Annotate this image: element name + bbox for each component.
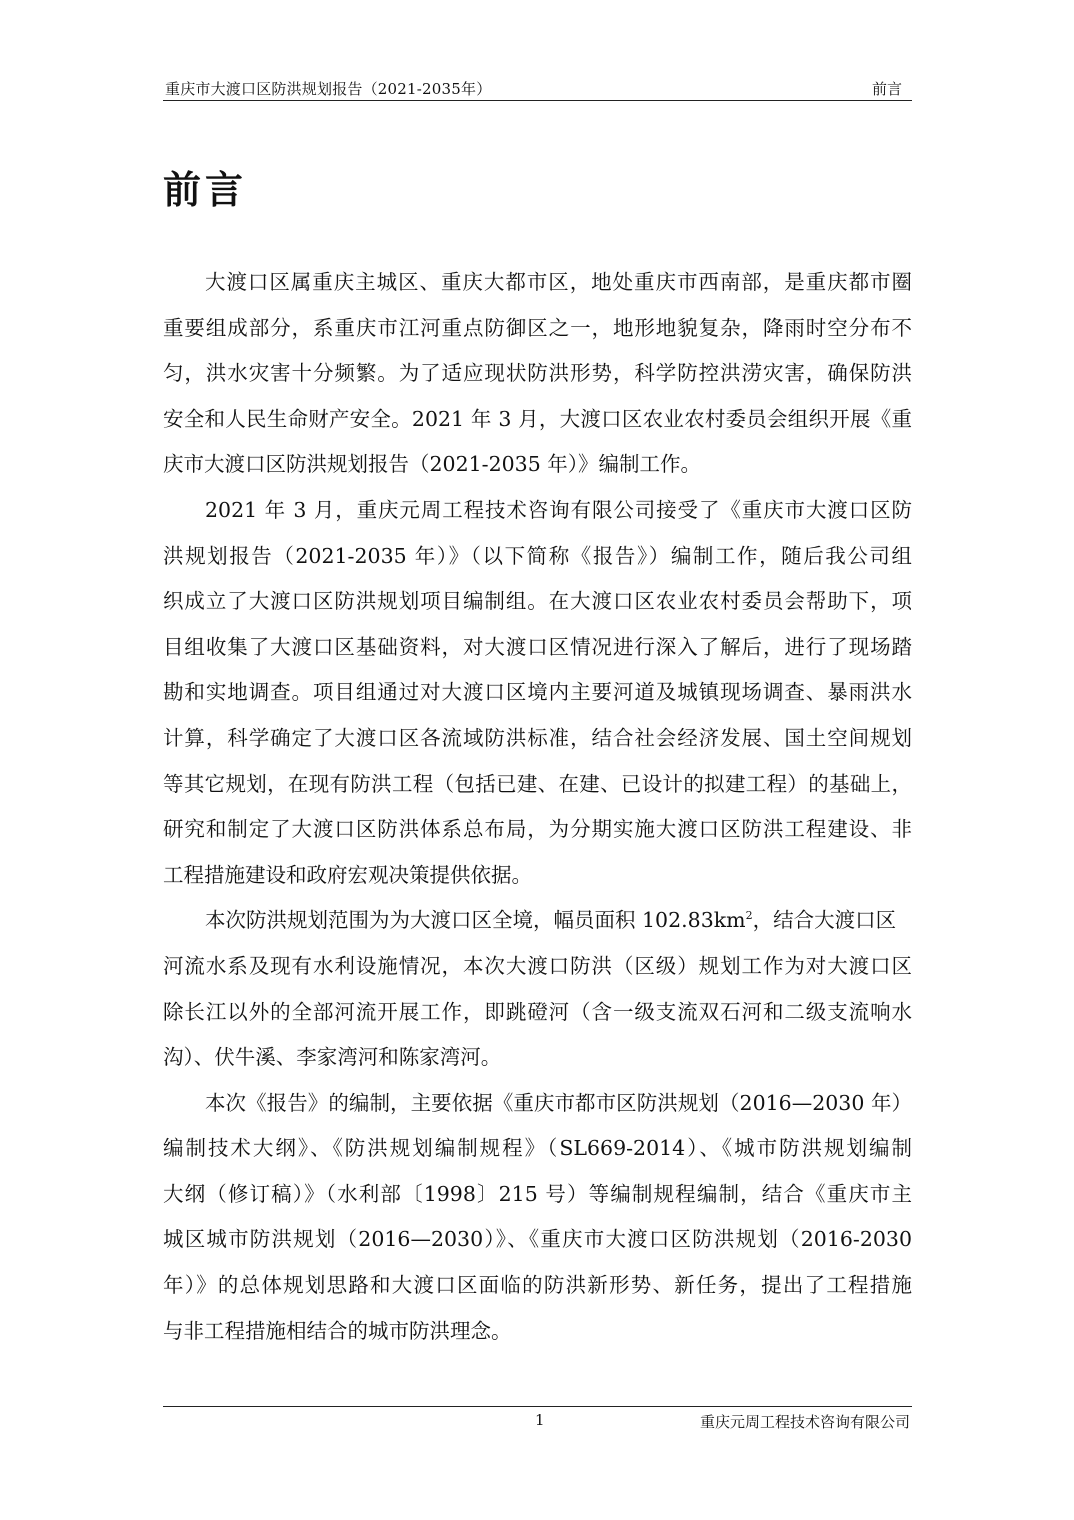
text-line: 重要组成部分，系重庆市江河重点防御区之一，地形地貌复杂，降雨时空分布不 — [163, 306, 912, 352]
header-document-title: 重庆市大渡口区防洪规划报告（2021-2035年） — [165, 78, 491, 99]
page-footer: 1 重庆元周工程技术咨询有限公司 — [163, 1406, 912, 1437]
page-header: 重庆市大渡口区防洪规划报告（2021-2035年） 前言 — [163, 76, 912, 101]
text-line: 本次防洪规划范围为为大渡口区全境，幅员面积 102.83km2，结合大渡口区 — [163, 898, 912, 944]
text-line: 计算，科学确定了大渡口区各流域防洪标准，结合社会经济发展、国土空间规划 — [163, 716, 912, 762]
text-line: 河流水系及现有水利设施情况，本次大渡口防洪（区级）规划工作为对大渡口区 — [163, 944, 912, 990]
text-line: 大纲（修订稿）》（水利部〔1998〕215 号）等编制规程编制，结合《重庆市主 — [163, 1172, 912, 1218]
header-section-name: 前言 — [872, 78, 902, 99]
text-line: 2021 年 3 月，重庆元周工程技术咨询有限公司接受了《重庆市大渡口区防 — [163, 488, 912, 534]
text-line: 工程措施建设和政府宏观决策提供依据。 — [163, 853, 912, 899]
text-line: 匀，洪水灾害十分频繁。为了适应现状防洪形势，科学防控洪涝灾害，确保防洪 — [163, 351, 912, 397]
text-line: 年）》的总体规划思路和大渡口区面临的防洪新形势、新任务，提出了工程措施 — [163, 1263, 912, 1309]
text-line: 大渡口区属重庆主城区、重庆大都市区，地处重庆市西南部，是重庆都市圈 — [163, 260, 912, 306]
text-line: 除长江以外的全部河流开展工作，即跳磴河（含一级支流双石河和二级支流响水 — [163, 990, 912, 1036]
superscript: 2 — [746, 909, 753, 922]
paragraph: 2021 年 3 月，重庆元周工程技术咨询有限公司接受了《重庆市大渡口区防 洪规… — [163, 488, 912, 898]
text-line: 勘和实地调查。项目组通过对大渡口区境内主要河道及城镇现场调查、暴雨洪水 — [163, 670, 912, 716]
text-line: 洪规划报告（2021-2035 年）》（以下简称《报告》）编制工作，随后我公司组 — [163, 534, 912, 580]
text-span: ，结合大渡口区 — [753, 908, 897, 932]
text-line: 城区城市防洪规划（2016—2030）》、《重庆市大渡口区防洪规划（2016-2… — [163, 1217, 912, 1263]
text-span: 本次防洪规划范围为为大渡口区全境，幅员面积 102.83km — [205, 908, 746, 932]
text-line: 目组收集了大渡口区基础资料，对大渡口区情况进行深入了解后，进行了现场踏 — [163, 625, 912, 671]
text-line: 等其它规划，在现有防洪工程（包括已建、在建、已设计的拟建工程）的基础上， — [163, 762, 912, 808]
text-line: 织成立了大渡口区防洪规划项目编制组。在大渡口区农业农村委员会帮助下，项 — [163, 579, 912, 625]
text-line: 编制技术大纲》、《防洪规划编制规程》（SL669-2014）、《城市防洪规划编制 — [163, 1126, 912, 1172]
text-line: 本次《报告》的编制，主要依据《重庆市都市区防洪规划（2016—2030 年） — [163, 1081, 912, 1127]
text-line: 与非工程措施相结合的城市防洪理念。 — [163, 1309, 912, 1355]
footer-company-name: 重庆元周工程技术咨询有限公司 — [700, 1411, 910, 1432]
text-line: 庆市大渡口区防洪规划报告（2021-2035 年）》编制工作。 — [163, 442, 912, 488]
text-line: 安全和人民生命财产安全。2021 年 3 月，大渡口区农业农村委员会组织开展《重 — [163, 397, 912, 443]
paragraph: 本次《报告》的编制，主要依据《重庆市都市区防洪规划（2016—2030 年） 编… — [163, 1081, 912, 1355]
section-title: 前言 — [163, 166, 247, 214]
paragraph: 本次防洪规划范围为为大渡口区全境，幅员面积 102.83km2，结合大渡口区 河… — [163, 898, 912, 1080]
text-line: 沟）、伏牛溪、李家湾河和陈家湾河。 — [163, 1035, 912, 1081]
page-number: 1 — [535, 1411, 545, 1429]
paragraph: 大渡口区属重庆主城区、重庆大都市区，地处重庆市西南部，是重庆都市圈 重要组成部分… — [163, 260, 912, 488]
document-body: 大渡口区属重庆主城区、重庆大都市区，地处重庆市西南部，是重庆都市圈 重要组成部分… — [163, 260, 912, 1354]
text-line: 研究和制定了大渡口区防洪体系总布局，为分期实施大渡口区防洪工程建设、非 — [163, 807, 912, 853]
